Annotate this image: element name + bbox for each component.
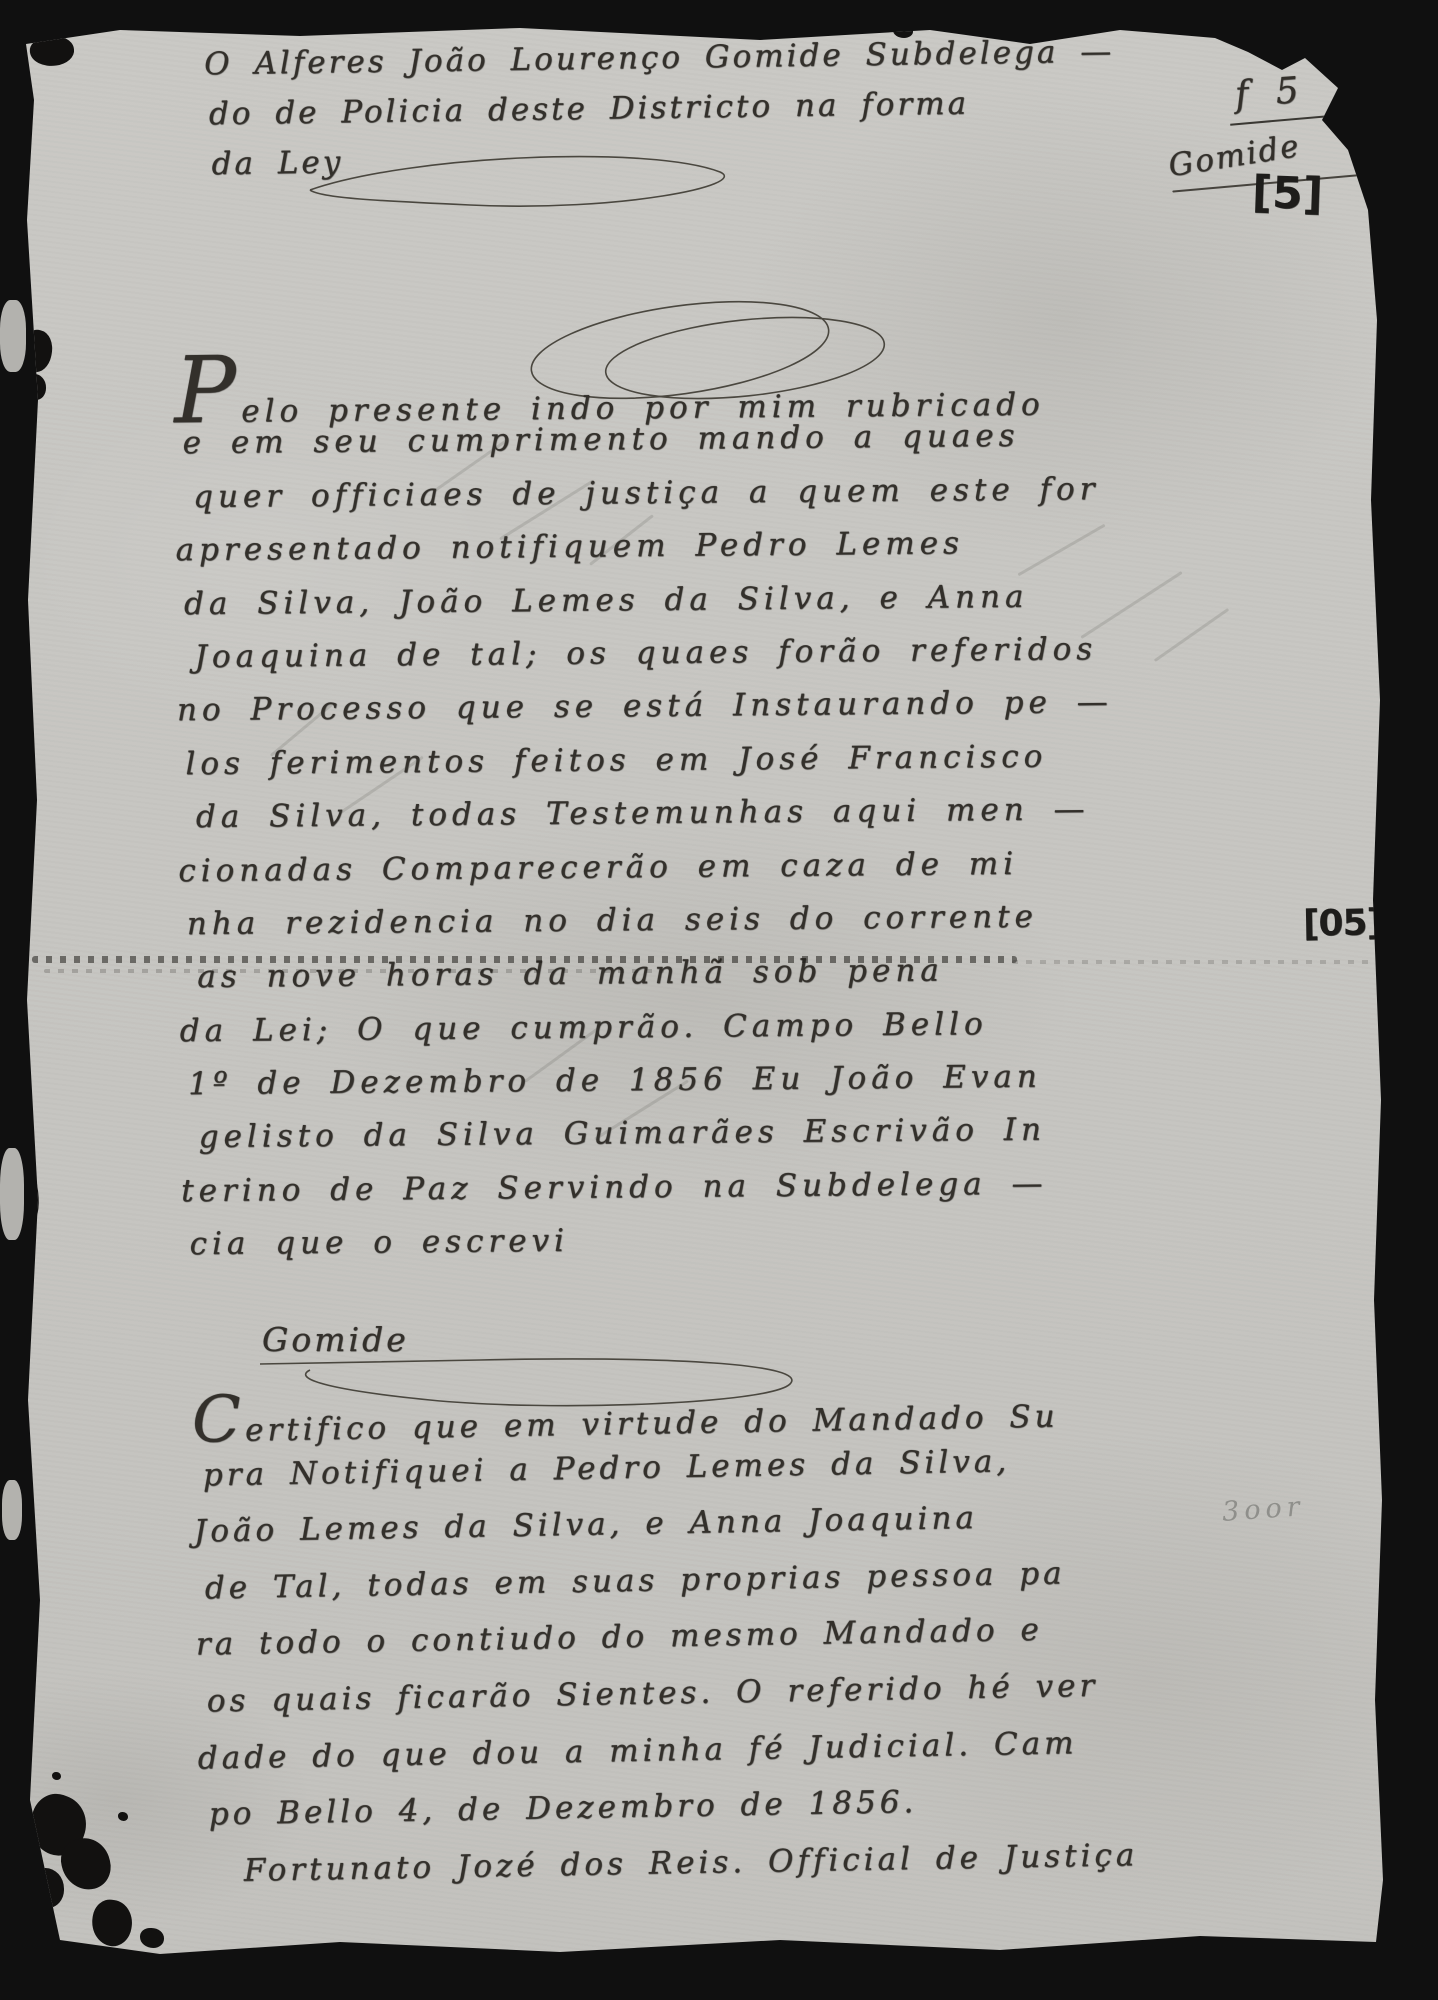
order-line: los ferimentos feitos em José Francisco bbox=[185, 738, 1137, 800]
signature-mid-page: Gomide bbox=[262, 1320, 409, 1359]
ink-blot bbox=[24, 374, 46, 400]
ink-blot bbox=[140, 1928, 164, 1948]
paper-fragment bbox=[2, 1480, 22, 1540]
paper-sheet: O Alferes João Lourenço Gomide Subdelega… bbox=[0, 0, 1438, 2000]
folio-number: f 5 bbox=[1234, 70, 1308, 116]
ink-blot bbox=[28, 33, 76, 69]
order-line: nha rezidencia no dia seis do corrente bbox=[187, 898, 1139, 960]
paper-crease-line bbox=[1012, 960, 1372, 964]
order-line: cia que o escrevi bbox=[190, 1218, 1142, 1280]
order-line: e em seu cumprimento mando a quaes bbox=[183, 417, 1135, 479]
ink-blot bbox=[89, 1897, 135, 1948]
order-line: terino de Paz Servindo na Subdelega — bbox=[181, 1165, 1141, 1227]
page-stamp: [05] bbox=[1303, 902, 1383, 944]
ink-blot bbox=[52, 1772, 61, 1780]
paper-fragment bbox=[0, 300, 26, 372]
folio-bracket-mark: [5] bbox=[1251, 167, 1324, 220]
order-line: cionadas Comparecerão em caza de mi bbox=[178, 844, 1138, 906]
scanned-page: O Alferes João Lourenço Gomide Subdelega… bbox=[0, 0, 1438, 2000]
order-line: gelisto da Silva Guimarães Escrivão In bbox=[199, 1111, 1141, 1173]
ink-blot bbox=[28, 1868, 64, 1908]
order-text-block: Pelo presente indo por mim rubricado e e… bbox=[174, 364, 1142, 1280]
order-line: da Silva, todas Testemunhas aqui men — bbox=[196, 791, 1138, 853]
paper-fragment bbox=[0, 1148, 24, 1240]
order-line: Joaquina de tal; os quaes forão referido… bbox=[194, 631, 1136, 693]
order-line: apresentado notifiquem Pedro Lemes bbox=[175, 524, 1135, 586]
pencil-note: 3oor bbox=[1221, 1491, 1306, 1528]
order-line: da Silva, João Lemes da Silva, e Anna bbox=[184, 577, 1136, 639]
paper-crease-line bbox=[44, 969, 664, 973]
ink-blot bbox=[893, 24, 913, 38]
paper-crease-line bbox=[32, 956, 1017, 963]
certificate-text-block: Certifico que em virtude do Mandado Su p… bbox=[192, 1383, 1181, 1909]
order-line: quer officiaes de justiça a quem este fo… bbox=[193, 471, 1135, 533]
header-block: O Alferes João Lourenço Gomide Subdelega… bbox=[204, 34, 1106, 197]
show-through-stroke bbox=[1154, 608, 1229, 662]
order-line: Pelo presente indo por mim rubricado bbox=[174, 364, 1134, 426]
order-line: da Lei; O que cumprão. Campo Bello bbox=[180, 1004, 1140, 1066]
ink-blot bbox=[118, 1812, 128, 1821]
order-line: 1º de Dezembro de 1856 Eu João Evan bbox=[188, 1058, 1140, 1120]
